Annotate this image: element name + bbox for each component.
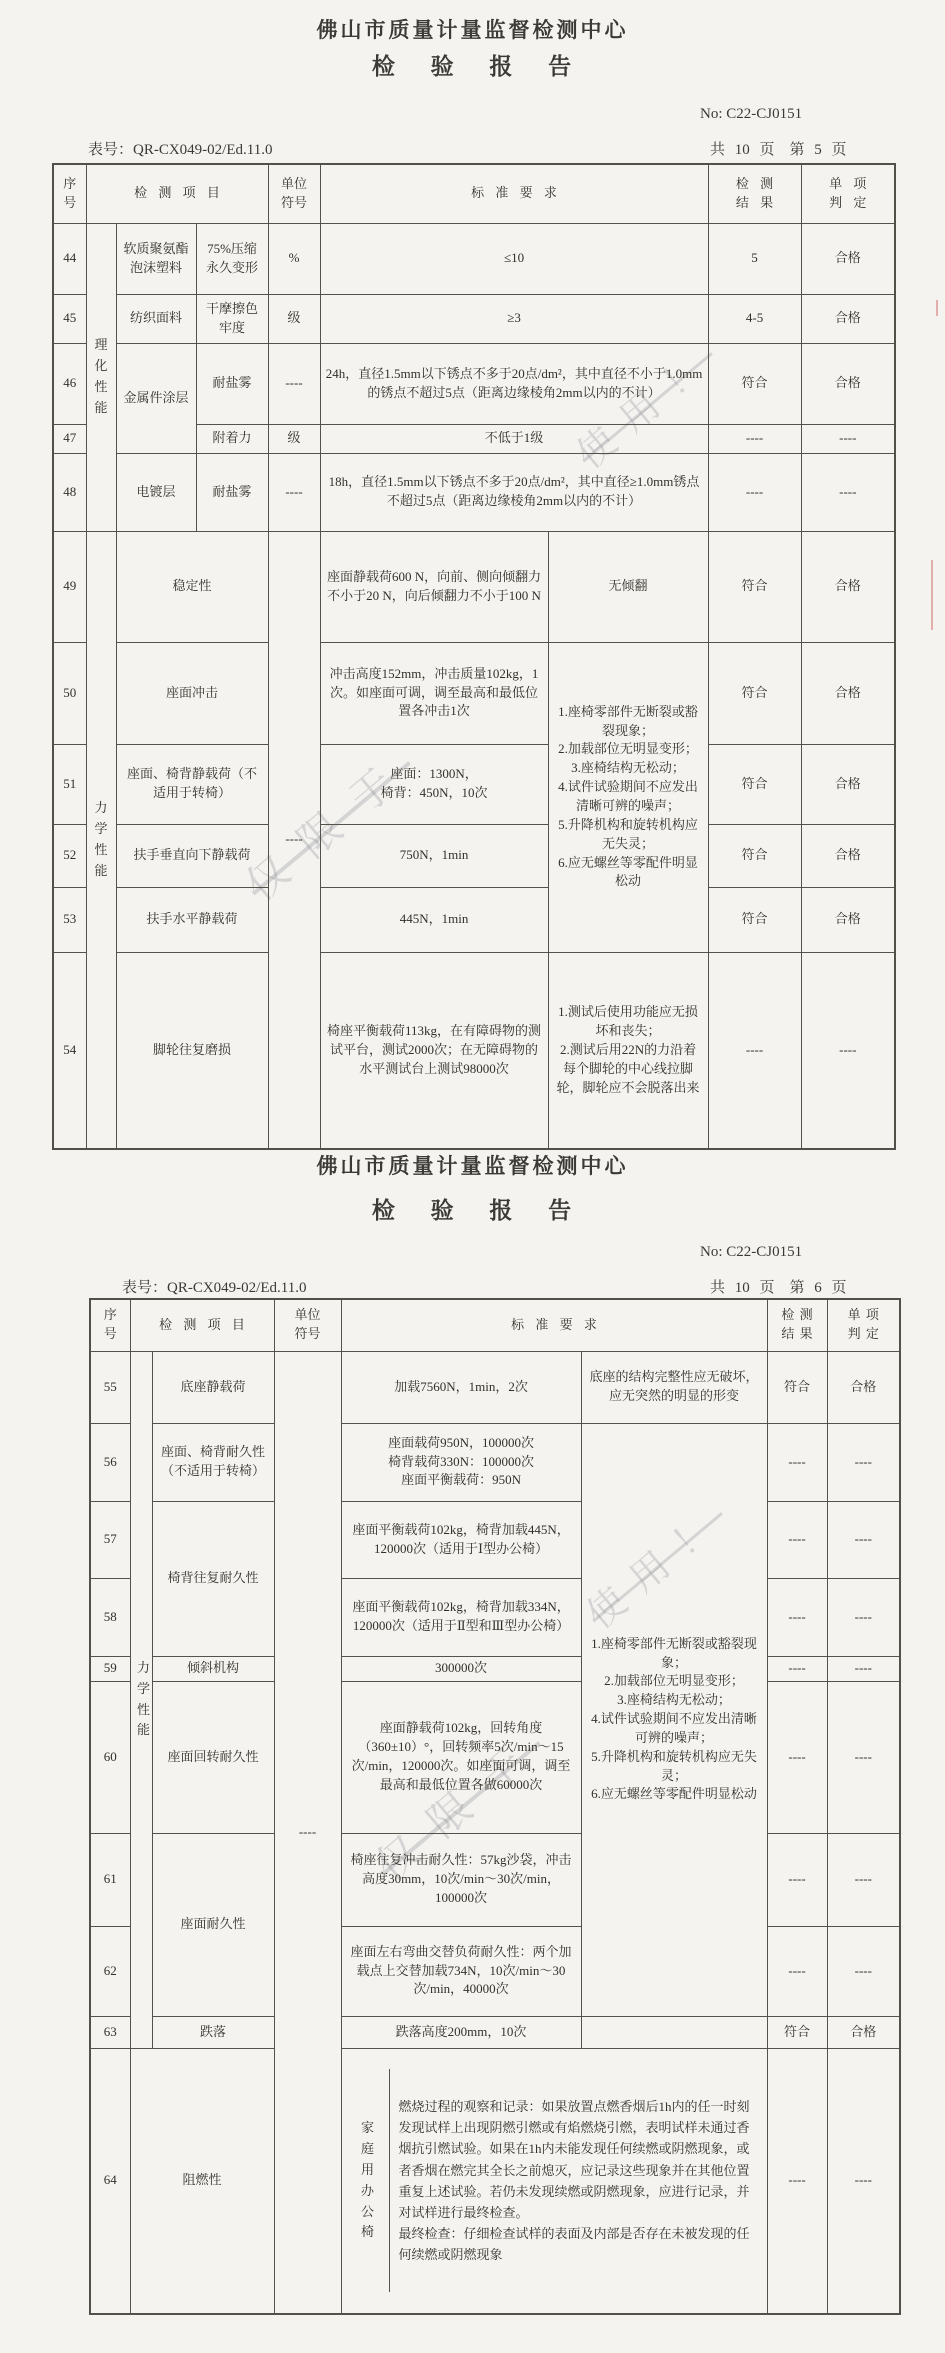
shared-notes-cell: 1.座椅零部件无断裂或豁裂现象； 2.加载部位无明显变形； 3.座椅结构无松动；… xyxy=(581,1423,767,2016)
unit-cell: ---- xyxy=(274,1351,341,2314)
item-cell: 扶手垂直向下静载荷 xyxy=(116,824,268,887)
header-row: 序 号 检 测 项 目 单位 符号 标 准 要 求 检 测 结 果 单 项 判 … xyxy=(90,1299,900,1351)
item-cell: 纺织面料 xyxy=(116,294,196,343)
verdict-cell: 合格 xyxy=(801,744,895,824)
seq-cell: 46 xyxy=(53,343,86,424)
seq-cell: 48 xyxy=(53,453,86,531)
seq-cell: 53 xyxy=(53,887,86,952)
standard-cell: 不低于1级 xyxy=(320,424,708,453)
standard-cell: 椅座平衡载荷113kg，在有障碍物的测试平台，测试2000次；在无障碍物的水平测… xyxy=(320,952,548,1149)
subitem-cell: 耐盐雾 xyxy=(196,453,268,531)
result-cell: 符合 xyxy=(708,744,801,824)
verdict-cell: 合格 xyxy=(801,887,895,952)
flammability-standard-wrap: 家庭用办公椅 燃烧过程的观察和记录：如果放置点燃香烟后1h内的任一时刻发现试样上… xyxy=(347,2069,762,2292)
col-unit: 单位 符号 xyxy=(274,1299,341,1351)
result-cell: ---- xyxy=(767,1578,827,1656)
table-row-60: 60 座面回转耐久性 座面静载荷102kg，回转角度（360±10）°，回转频率… xyxy=(90,1681,900,1833)
verdict-cell: ---- xyxy=(827,1681,900,1833)
standard-cell: 座面平衡载荷102kg，椅背加载445N，120000次（适用于Ⅰ型办公椅） xyxy=(341,1501,581,1578)
shared-notes-cell: 1.座椅零部件无断裂或豁裂现象； 2.加载部位无明显变形； 3.座椅结构无松动；… xyxy=(548,642,708,952)
result-cell: 符合 xyxy=(767,2016,827,2048)
standard-cell: ≤10 xyxy=(320,223,708,294)
verdict-cell: ---- xyxy=(827,1656,900,1681)
red-margin-mark xyxy=(936,300,938,316)
table-row-64: 64 阻燃性 家庭用办公椅 燃烧过程的观察和记录：如果放置点燃香烟后1h内的任一… xyxy=(90,2048,900,2314)
result-cell: ---- xyxy=(767,1833,827,1926)
unit-cell: ---- xyxy=(268,531,320,1149)
table-row-59: 59 倾斜机构 300000次 ---- ---- xyxy=(90,1656,900,1681)
table-row-50: 50 座面冲击 冲击高度152mm，冲击质量102kg，1次。如座面可调，调至最… xyxy=(53,642,895,744)
table-row-48: 48 电镀层 耐盐雾 ---- 18h，直径1.5mm以下锈点不多于20点/dm… xyxy=(53,453,895,531)
table-row-49: 49 力学性能 稳定性 ---- 座面静载荷600 N，向前、侧向倾翻力不小于2… xyxy=(53,531,895,642)
seq-cell: 51 xyxy=(53,744,86,824)
col-item: 检 测 项 目 xyxy=(130,1299,274,1351)
seq-cell: 63 xyxy=(90,2016,130,2048)
result-cell: ---- xyxy=(767,1681,827,1833)
flammability-standard-text: 燃烧过程的观察和记录：如果放置点燃香烟后1h内的任一时刻发现试样上出现阴燃引燃或… xyxy=(390,2069,762,2292)
col-verdict: 单 项 判 定 xyxy=(827,1299,900,1351)
verdict-cell: ---- xyxy=(801,453,895,531)
standard-cell: 座面平衡载荷102kg，椅背加载334N，120000次（适用于Ⅱ型和Ⅲ型办公椅… xyxy=(341,1578,581,1656)
standard-note-cell: 1.测试后使用功能应无损坏和丧失； 2.测试后用22N的力沿着每个脚轮的中心线拉… xyxy=(548,952,708,1149)
col-result: 检 测 结 果 xyxy=(708,164,801,223)
table-row-46: 46 金属件涂层 耐盐雾 ---- 24h，直径1.5mm以下锈点不多于20点/… xyxy=(53,343,895,424)
table-row-63: 63 跌落 跌落高度200mm，10次 符合 合格 xyxy=(90,2016,900,2048)
result-cell: ---- xyxy=(708,424,801,453)
verdict-cell: ---- xyxy=(827,1833,900,1926)
result-cell: 符合 xyxy=(708,343,801,424)
group-physchem-label: 理化性能 xyxy=(93,335,109,418)
form-no-page5: 表号：QR-CX049-02/Ed.11.0 xyxy=(88,138,272,159)
chair-type-label: 家庭用办公椅 xyxy=(360,2118,376,2243)
verdict-cell: ---- xyxy=(827,1501,900,1578)
unit-cell: 级 xyxy=(268,294,320,343)
verdict-cell: 合格 xyxy=(827,1351,900,1423)
seq-cell: 50 xyxy=(53,642,86,744)
item-cell: 座面、椅背耐久性（不适用于转椅） xyxy=(152,1423,274,1501)
group-mech-label: 力学性能 xyxy=(136,1658,152,1741)
result-cell: 符合 xyxy=(708,531,801,642)
org-title-page5: 佛山市质量计量监督检测中心 xyxy=(0,14,945,44)
seq-cell: 55 xyxy=(90,1351,130,1423)
standard-cell: 750N，1min xyxy=(320,824,548,887)
table-row-61: 61 座面耐久性 椅座往复冲击耐久性：57kg沙袋，冲击高度30mm，10次/m… xyxy=(90,1833,900,1926)
standard-cell: 18h，直径1.5mm以下锈点不多于20点/dm²，其中直径≥1.0mm锈点不超… xyxy=(320,453,708,531)
standard-cell: 座面静载荷102kg，回转角度（360±10）°，回转频率5次/min～15次/… xyxy=(341,1681,581,1833)
col-unit: 单位 符号 xyxy=(268,164,320,223)
header-row: 序 号 检 测 项 目 单位 符号 标 准 要 求 检 测 结 果 单 项 判 … xyxy=(53,164,895,223)
item-cell: 软质聚氨酯泡沫塑料 xyxy=(116,223,196,294)
item-cell: 跌落 xyxy=(152,2016,274,2048)
table-row-45: 45 纺织面料 干摩擦色牢度 级 ≥3 4-5 合格 xyxy=(53,294,895,343)
standard-cell: 座面静载荷600 N，向前、侧向倾翻力不小于20 N，向后倾翻力不小于100 N xyxy=(320,531,548,642)
subitem-cell: 75%压缩永久变形 xyxy=(196,223,268,294)
seq-cell: 57 xyxy=(90,1501,130,1578)
subitem-cell: 附着力 xyxy=(196,424,268,453)
item-cell: 电镀层 xyxy=(116,453,196,531)
seq-cell: 64 xyxy=(90,2048,130,2314)
chair-type-subcolumn: 家庭用办公椅 xyxy=(347,2069,390,2292)
standard-cell: 家庭用办公椅 燃烧过程的观察和记录：如果放置点燃香烟后1h内的任一时刻发现试样上… xyxy=(341,2048,767,2314)
verdict-cell: 合格 xyxy=(801,531,895,642)
table-row-56: 56 座面、椅背耐久性（不适用于转椅） 座面载荷950N，100000次 椅背载… xyxy=(90,1423,900,1501)
result-cell: 4-5 xyxy=(708,294,801,343)
table-row-44: 44 理化性能 软质聚氨酯泡沫塑料 75%压缩永久变形 % ≤10 5 合格 xyxy=(53,223,895,294)
standard-cell: 445N，1min xyxy=(320,887,548,952)
verdict-cell: ---- xyxy=(801,424,895,453)
item-cell: 稳定性 xyxy=(116,531,268,642)
table-row-51: 51 座面、椅背静载荷（不适用于转椅） 座面：1300N， 椅背：450N，10… xyxy=(53,744,895,824)
scanned-inspection-report: { "watermark": { "f1": "仅限于", "f2": "使用！… xyxy=(0,0,945,2353)
org-title-page6: 佛山市质量计量监督检测中心 xyxy=(0,1150,945,1180)
item-cell: 座面、椅背静载荷（不适用于转椅） xyxy=(116,744,268,824)
result-cell: 符合 xyxy=(708,887,801,952)
table-row-55: 55 力学性能 底座静载荷 ---- 加载7560N，1min，2次 底座的结构… xyxy=(90,1351,900,1423)
seq-cell: 45 xyxy=(53,294,86,343)
item-cell: 底座静载荷 xyxy=(152,1351,274,1423)
standard-cell: 座面：1300N， 椅背：450N，10次 xyxy=(320,744,548,824)
result-cell: ---- xyxy=(767,1501,827,1578)
subitem-cell: 耐盐雾 xyxy=(196,343,268,424)
standard-cell: 加载7560N，1min，2次 xyxy=(341,1351,581,1423)
item-cell: 倾斜机构 xyxy=(152,1656,274,1681)
item-cell: 金属件涂层 xyxy=(116,343,196,453)
seq-cell: 62 xyxy=(90,1926,130,2016)
table-row-52: 52 扶手垂直向下静载荷 750N，1min 符合 合格 xyxy=(53,824,895,887)
red-margin-mark xyxy=(931,560,933,630)
verdict-cell: 合格 xyxy=(801,294,895,343)
standard-note-cell xyxy=(581,2016,767,2048)
verdict-cell: 合格 xyxy=(801,343,895,424)
report-no-page5: No: C22-CJ0151 xyxy=(700,106,802,123)
unit-cell: ---- xyxy=(268,453,320,531)
result-cell: ---- xyxy=(708,453,801,531)
col-standard: 标 准 要 求 xyxy=(341,1299,767,1351)
item-cell: 座面耐久性 xyxy=(152,1833,274,2016)
col-verdict: 单 项 判 定 xyxy=(801,164,895,223)
inspection-table-page6: 序 号 检 测 项 目 单位 符号 标 准 要 求 检 测 结 果 单 项 判 … xyxy=(89,1298,901,2315)
col-item: 检 测 项 目 xyxy=(86,164,268,223)
result-cell: 符合 xyxy=(708,642,801,744)
col-seq: 序 号 xyxy=(90,1299,130,1351)
seq-cell: 52 xyxy=(53,824,86,887)
col-standard: 标 准 要 求 xyxy=(320,164,708,223)
item-cell: 脚轮往复磨损 xyxy=(116,952,268,1149)
seq-cell: 61 xyxy=(90,1833,130,1926)
group-mech-cell: 力学性能 xyxy=(130,1351,152,2048)
seq-cell: 49 xyxy=(53,531,86,642)
inspection-table-page5: 序 号 检 测 项 目 单位 符号 标 准 要 求 检 测 结 果 单 项 判 … xyxy=(52,163,896,1150)
result-cell: 5 xyxy=(708,223,801,294)
verdict-cell: ---- xyxy=(827,1423,900,1501)
result-cell: ---- xyxy=(767,2048,827,2314)
standard-cell: 座面载荷950N，100000次 椅背载荷330N：100000次 座面平衡载荷… xyxy=(341,1423,581,1501)
result-cell: 符合 xyxy=(708,824,801,887)
unit-cell: 级 xyxy=(268,424,320,453)
verdict-cell: 合格 xyxy=(827,2016,900,2048)
report-no-page6: No: C22-CJ0151 xyxy=(700,1244,802,1261)
table-row-57: 57 椅背往复耐久性 座面平衡载荷102kg，椅背加载445N，120000次（… xyxy=(90,1501,900,1578)
item-cell: 椅背往复耐久性 xyxy=(152,1501,274,1656)
seq-cell: 56 xyxy=(90,1423,130,1501)
table-row-54: 54 脚轮往复磨损 椅座平衡载荷113kg，在有障碍物的测试平台，测试2000次… xyxy=(53,952,895,1149)
verdict-cell: 合格 xyxy=(801,824,895,887)
item-cell: 座面回转耐久性 xyxy=(152,1681,274,1833)
standard-cell: 椅座往复冲击耐久性：57kg沙袋，冲击高度30mm，10次/min～30次/mi… xyxy=(341,1833,581,1926)
page-info-page5: 共 10 页 第 5 页 xyxy=(710,138,847,159)
standard-cell: 跌落高度200mm，10次 xyxy=(341,2016,581,2048)
item-cell: 扶手水平静载荷 xyxy=(116,887,268,952)
col-result: 检 测 结 果 xyxy=(767,1299,827,1351)
standard-cell: ≥3 xyxy=(320,294,708,343)
verdict-cell: 合格 xyxy=(801,642,895,744)
standard-cell: 300000次 xyxy=(341,1656,581,1681)
group-mech-cell: 力学性能 xyxy=(86,531,116,1149)
group-mech-label: 力学性能 xyxy=(93,798,109,881)
verdict-cell: 合格 xyxy=(801,223,895,294)
verdict-cell: ---- xyxy=(827,2048,900,2314)
seq-cell: 60 xyxy=(90,1681,130,1833)
result-cell: 符合 xyxy=(767,1351,827,1423)
standard-cell: 冲击高度152mm，冲击质量102kg，1次。如座面可调，调至最高和最低位置各冲… xyxy=(320,642,548,744)
standard-note-cell: 底座的结构完整性应无破坏，应无突然的明显的形变 xyxy=(581,1351,767,1423)
verdict-cell: ---- xyxy=(801,952,895,1149)
result-cell: ---- xyxy=(767,1926,827,2016)
unit-cell: ---- xyxy=(268,343,320,424)
result-cell: ---- xyxy=(767,1656,827,1681)
subitem-cell: 干摩擦色牢度 xyxy=(196,294,268,343)
item-cell: 阻燃性 xyxy=(130,2048,274,2314)
seq-cell: 54 xyxy=(53,952,86,1149)
result-cell: ---- xyxy=(708,952,801,1149)
seq-cell: 44 xyxy=(53,223,86,294)
unit-cell: % xyxy=(268,223,320,294)
form-no-page6: 表号：QR-CX049-02/Ed.11.0 xyxy=(122,1276,306,1297)
group-physchem-cell: 理化性能 xyxy=(86,223,116,531)
col-seq: 序 号 xyxy=(53,164,86,223)
standard-cell: 24h，直径1.5mm以下锈点不多于20点/dm²，其中直径不小于1.0mm的锈… xyxy=(320,343,708,424)
result-cell: ---- xyxy=(767,1423,827,1501)
standard-note-cell: 无倾翻 xyxy=(548,531,708,642)
seq-cell: 58 xyxy=(90,1578,130,1656)
seq-cell: 47 xyxy=(53,424,86,453)
verdict-cell: ---- xyxy=(827,1926,900,2016)
standard-cell: 座面左右弯曲交替负荷耐久性：两个加载点上交替加载734N，10次/min～30次… xyxy=(341,1926,581,2016)
report-title-page6: 检 验 报 告 xyxy=(0,1192,945,1225)
report-title-page5: 检 验 报 告 xyxy=(0,48,945,81)
table-row-53: 53 扶手水平静载荷 445N，1min 符合 合格 xyxy=(53,887,895,952)
page-info-page6: 共 10 页 第 6 页 xyxy=(710,1276,847,1297)
verdict-cell: ---- xyxy=(827,1578,900,1656)
seq-cell: 59 xyxy=(90,1656,130,1681)
item-cell: 座面冲击 xyxy=(116,642,268,744)
